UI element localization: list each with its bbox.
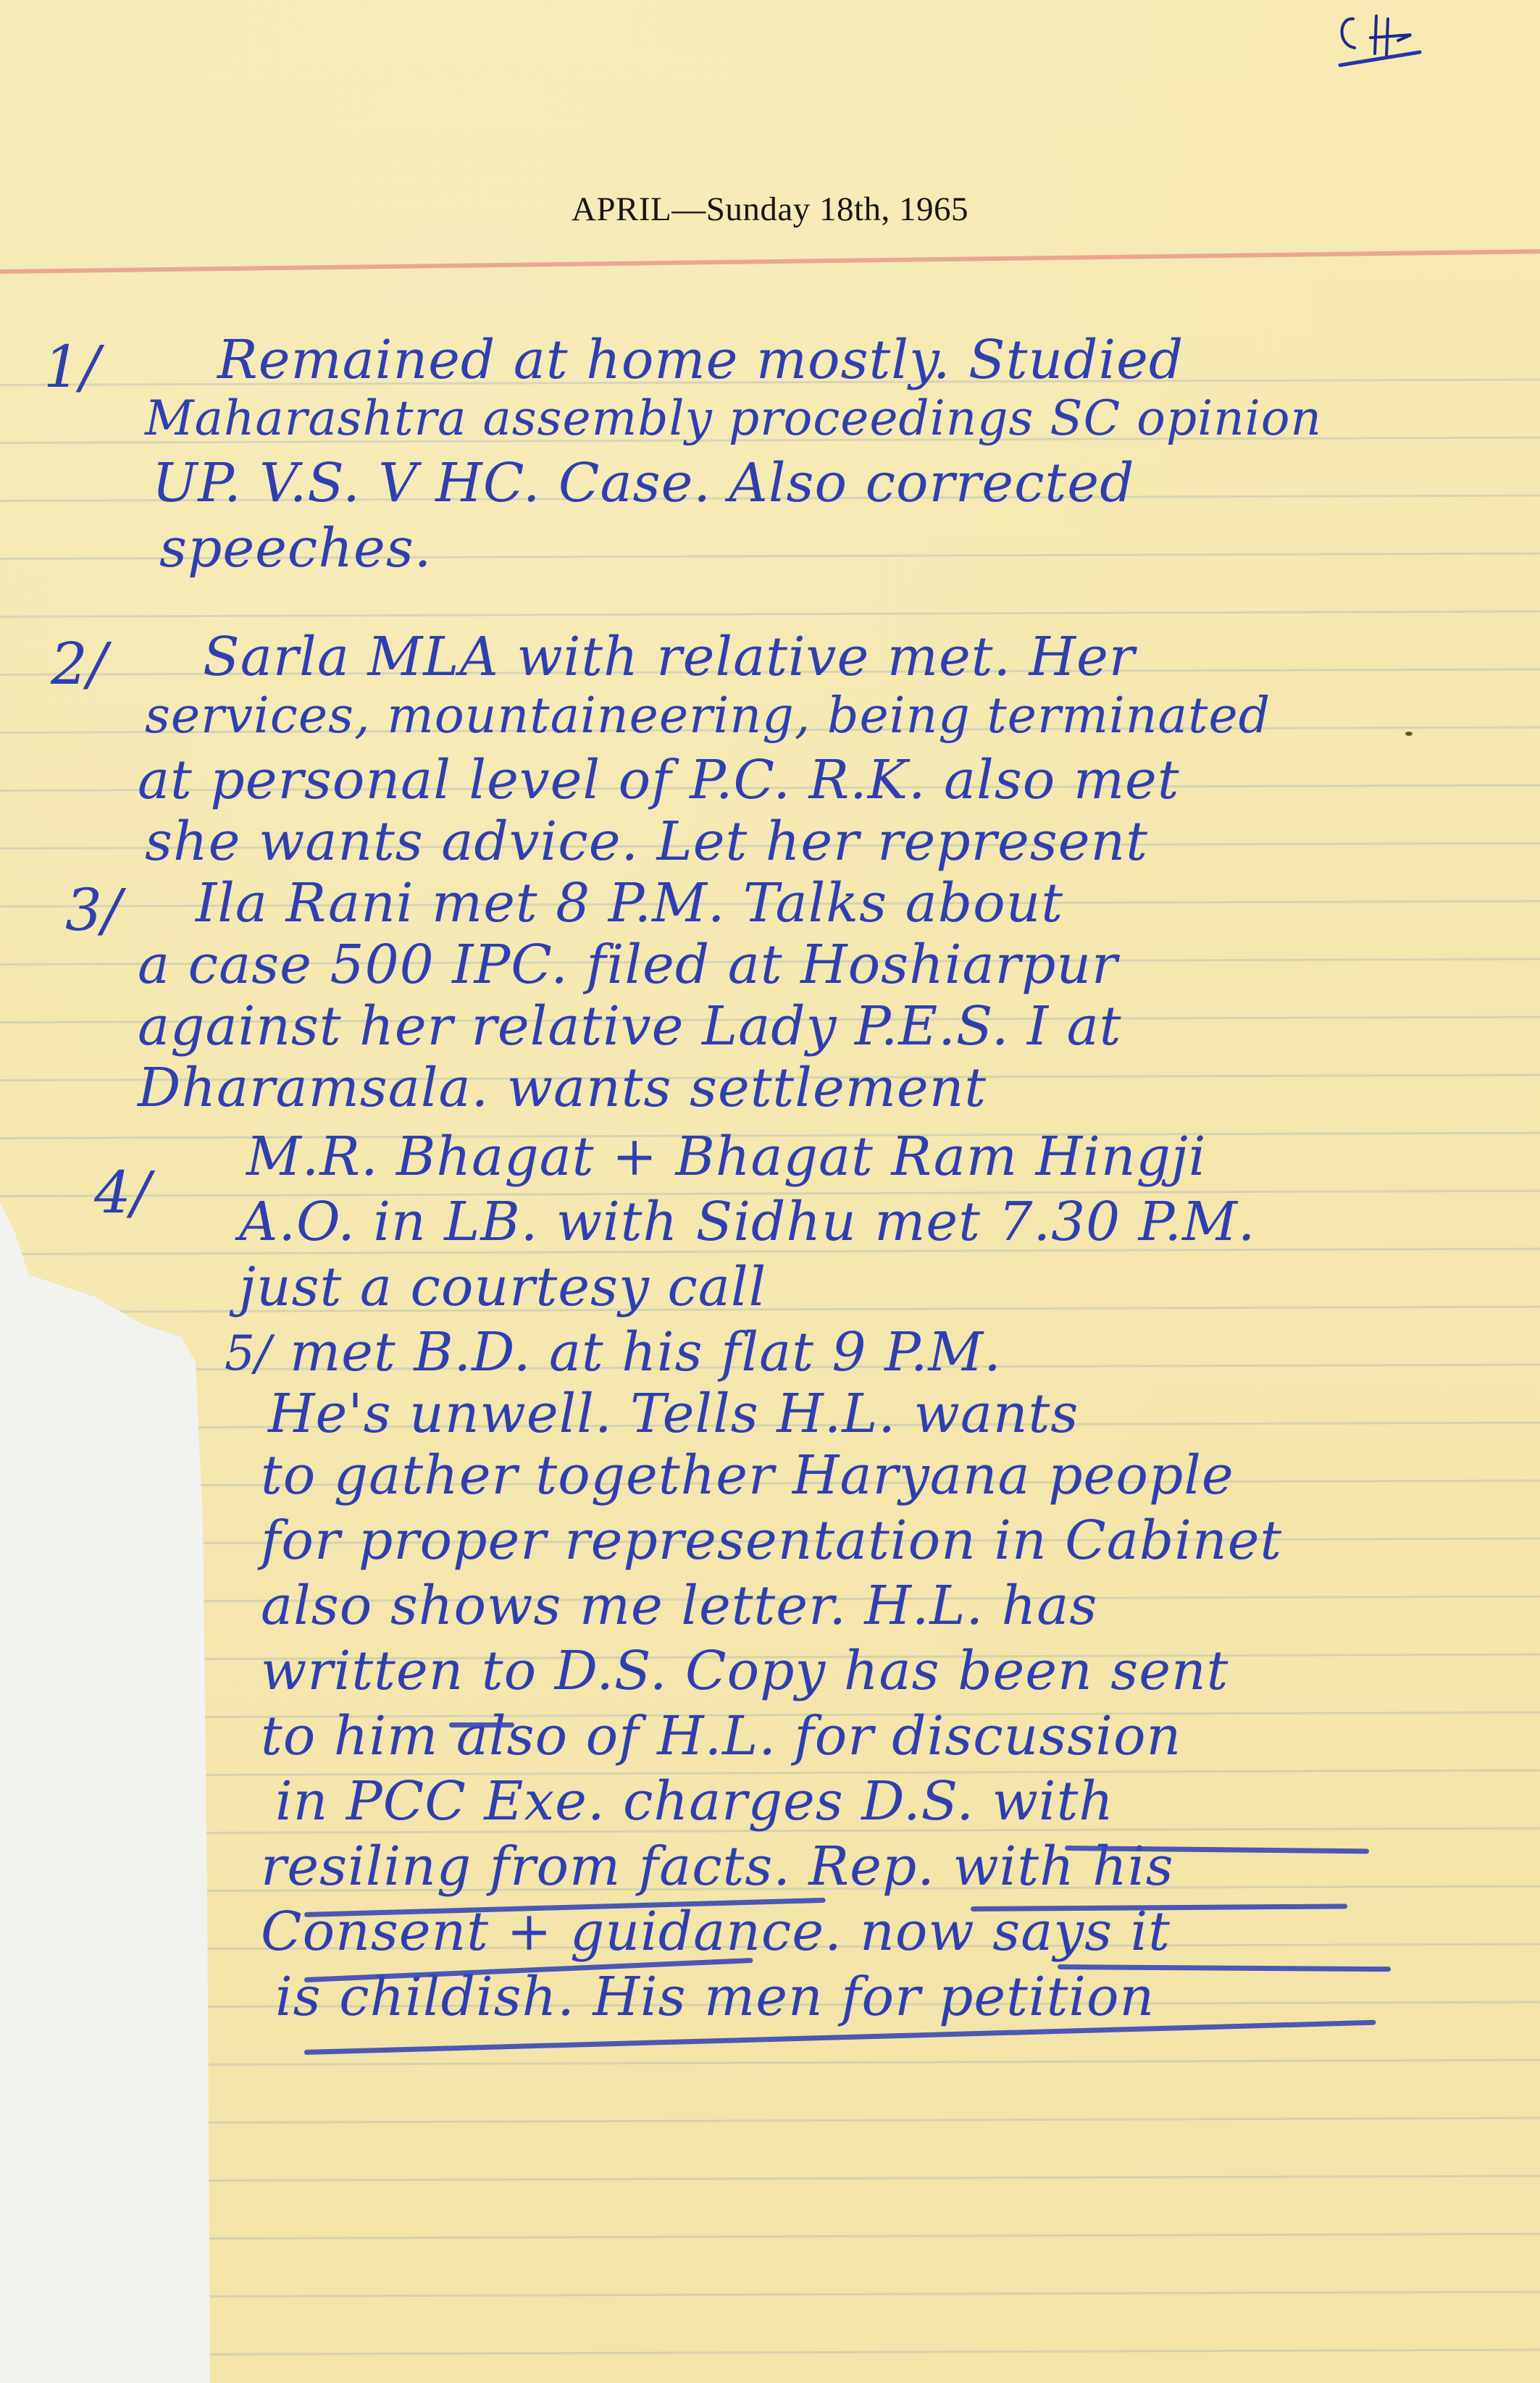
entry-line: Dharamsala. wants settlement bbox=[138, 1061, 987, 1115]
entry-line: He's unwell. Tells H.L. wants bbox=[268, 1387, 1079, 1441]
entry-number: 3/ bbox=[65, 876, 122, 944]
entry-line: services, mountaineering, being terminat… bbox=[145, 692, 1271, 741]
page-date-header: APRIL—Sunday 18th, 1965 bbox=[0, 190, 1540, 229]
entry-line: for proper representation in Cabinet bbox=[261, 1514, 1282, 1567]
entry-line: just a courtesy call bbox=[239, 1260, 766, 1314]
ch-corner-mark bbox=[1333, 10, 1449, 68]
entry-line: against her relative Lady P.E.S. I at bbox=[138, 1000, 1122, 1053]
entry-line: A.O. in LB. with Sidhu met 7.30 P.M. bbox=[239, 1195, 1255, 1249]
entry-line: she wants advice. Let her represent bbox=[145, 815, 1148, 868]
entry-line: Ila Rani met 8 P.M. Talks about bbox=[196, 876, 1063, 930]
entry-line: M.R. Bhagat + Bhagat Ram Hingji bbox=[246, 1130, 1206, 1184]
entry-line: written to D.S. Copy has been sent bbox=[261, 1644, 1229, 1698]
entry-number: 2/ bbox=[51, 630, 107, 698]
entry-line: Sarla MLA with relative met. Her bbox=[203, 630, 1135, 684]
entry-line: is childish. His men for petition bbox=[275, 1970, 1155, 2024]
entry-line: Remained at home mostly. Studied bbox=[217, 333, 1184, 387]
entry-line: speeches. bbox=[159, 522, 432, 575]
entry-line: in PCC Exe. charges D.S. with bbox=[275, 1775, 1114, 1828]
paper-speck bbox=[1405, 732, 1413, 736]
underline-stroke bbox=[449, 1722, 514, 1727]
red-margin-line bbox=[0, 249, 1540, 274]
entry-line: a case 500 IPC. filed at Hoshiarpur bbox=[138, 938, 1118, 992]
entry-line: at personal level of P.C. R.K. also met bbox=[138, 753, 1180, 807]
entry-number: 5/ bbox=[225, 1325, 271, 1381]
entry-number: 4/ bbox=[94, 1159, 151, 1226]
entry-line: resiling from facts. Rep. with his bbox=[261, 1840, 1174, 1893]
entry-line: Maharashtra assembly proceedings SC opin… bbox=[145, 395, 1322, 443]
entry-line: to him also of H.L. for discussion bbox=[261, 1709, 1181, 1763]
entry-line: met B.D. at his flat 9 P.M. bbox=[290, 1325, 1002, 1379]
entry-number: 1/ bbox=[43, 333, 100, 401]
entry-line: to gather together Haryana people bbox=[261, 1449, 1234, 1502]
diary-page: CH APRIL—Sunday 18th, 1965 1/ Remained a… bbox=[0, 0, 1540, 2383]
entry-line: UP. V.S. V HC. Case. Also corrected bbox=[152, 456, 1134, 510]
entry-line: also shows me letter. H.L. has bbox=[261, 1579, 1097, 1633]
